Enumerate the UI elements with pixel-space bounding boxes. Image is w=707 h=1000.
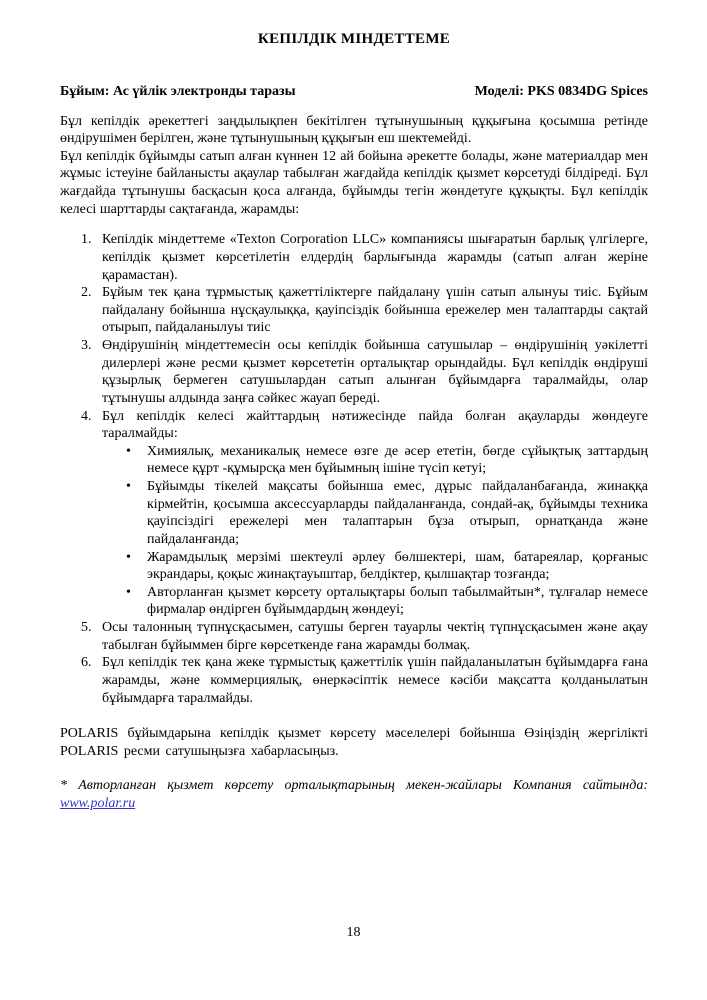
list-item-5-number: 5. [81, 619, 102, 654]
list-item-5-text: Осы талонның түпнұсқасымен, сатушы берге… [102, 619, 648, 654]
footnote-link[interactable]: www.polar.ru [60, 796, 135, 811]
product-model-row: Бұйым: Ас үйлік электронды таразы Моделі… [60, 83, 648, 101]
list-item-6-text: Бұл кепілдік тек қана жеке тұрмыстық қаж… [102, 654, 648, 707]
warranty-terms-list: 1. Кепілдік міндеттеме «Texton Corporati… [60, 231, 648, 707]
list-item-3: 3. Өндірушінің міндеттемесін осы кепілді… [60, 337, 648, 408]
exclusion-bullet-1: • Химиялық, механикалық немесе өзге де ә… [60, 443, 648, 478]
exclusion-bullet-4: • Авторланған қызмет көрсету орталықтары… [60, 584, 648, 619]
list-item-1: 1. Кепілдік міндеттеме «Texton Corporati… [60, 231, 648, 284]
footnote: * Авторланған қызмет көрсету орталықтары… [60, 777, 648, 812]
model-field: Моделі: PKS 0834DG Spices [475, 83, 648, 101]
product-field: Бұйым: Ас үйлік электронды таразы [60, 83, 296, 101]
exclusion-bullet-2: • Бұйымды тікелей мақсаты бойынша емес, … [60, 478, 648, 549]
list-item-5: 5. Осы талонның түпнұсқасымен, сатушы бе… [60, 619, 648, 654]
list-item-3-number: 3. [81, 337, 102, 408]
exclusion-bullet-3-text: Жарамдылық мерзімі шектеулі әрлеу бөлшек… [147, 549, 648, 584]
list-item-4: 4. Бұл кепілдік келесі жайттардың нәтиже… [60, 408, 648, 443]
bullet-icon: • [126, 443, 147, 478]
list-item-6-number: 6. [81, 654, 102, 707]
exclusion-bullet-2-text: Бұйымды тікелей мақсаты бойынша емес, дұ… [147, 478, 648, 549]
list-item-2-number: 2. [81, 284, 102, 337]
footnote-text: * Авторланған қызмет көрсету орталықтары… [60, 778, 648, 793]
exclusion-bullet-3: • Жарамдылық мерзімі шектеулі әрлеу бөлш… [60, 549, 648, 584]
warranty-document-page: КЕПІЛДІК МІНДЕТТЕМЕ Бұйым: Ас үйлік элек… [0, 0, 707, 1000]
list-item-2-text: Бұйым тек қана тұрмыстық қажеттіліктерге… [102, 284, 648, 337]
list-item-4-number: 4. [81, 408, 102, 443]
list-item-6: 6. Бұл кепілдік тек қана жеке тұрмыстық … [60, 654, 648, 707]
list-item-1-number: 1. [81, 231, 102, 284]
closing-paragraph: POLARIS бұйымдарына кепілдік қызмет көрс… [60, 725, 648, 760]
document-title: КЕПІЛДІК МІНДЕТТЕМЕ [60, 30, 648, 49]
exclusion-bullet-4-text: Авторланған қызмет көрсету орталықтары б… [147, 584, 648, 619]
list-item-1-text: Кепілдік міндеттеме «Texton Corporation … [102, 231, 648, 284]
bullet-icon: • [126, 584, 147, 619]
list-item-2: 2. Бұйым тек қана тұрмыстық қажеттілікте… [60, 284, 648, 337]
list-item-3-text: Өндірушінің міндеттемесін осы кепілдік б… [102, 337, 648, 408]
page-number: 18 [0, 924, 707, 942]
bullet-icon: • [126, 478, 147, 549]
list-item-4-text: Бұл кепілдік келесі жайттардың нәтижесін… [102, 408, 648, 443]
bullet-icon: • [126, 549, 147, 584]
exclusion-bullet-1-text: Химиялық, механикалық немесе өзге де әсе… [147, 443, 648, 478]
intro-paragraph-2: Бұл кепілдік бұйымды сатып алған күннен … [60, 148, 648, 219]
model-value: PKS 0834DG Spices [527, 84, 648, 99]
model-label: Моделі: [475, 84, 524, 99]
intro-paragraph-1: Бұл кепілдік әрекеттегі заңдылықпен бекі… [60, 113, 648, 148]
